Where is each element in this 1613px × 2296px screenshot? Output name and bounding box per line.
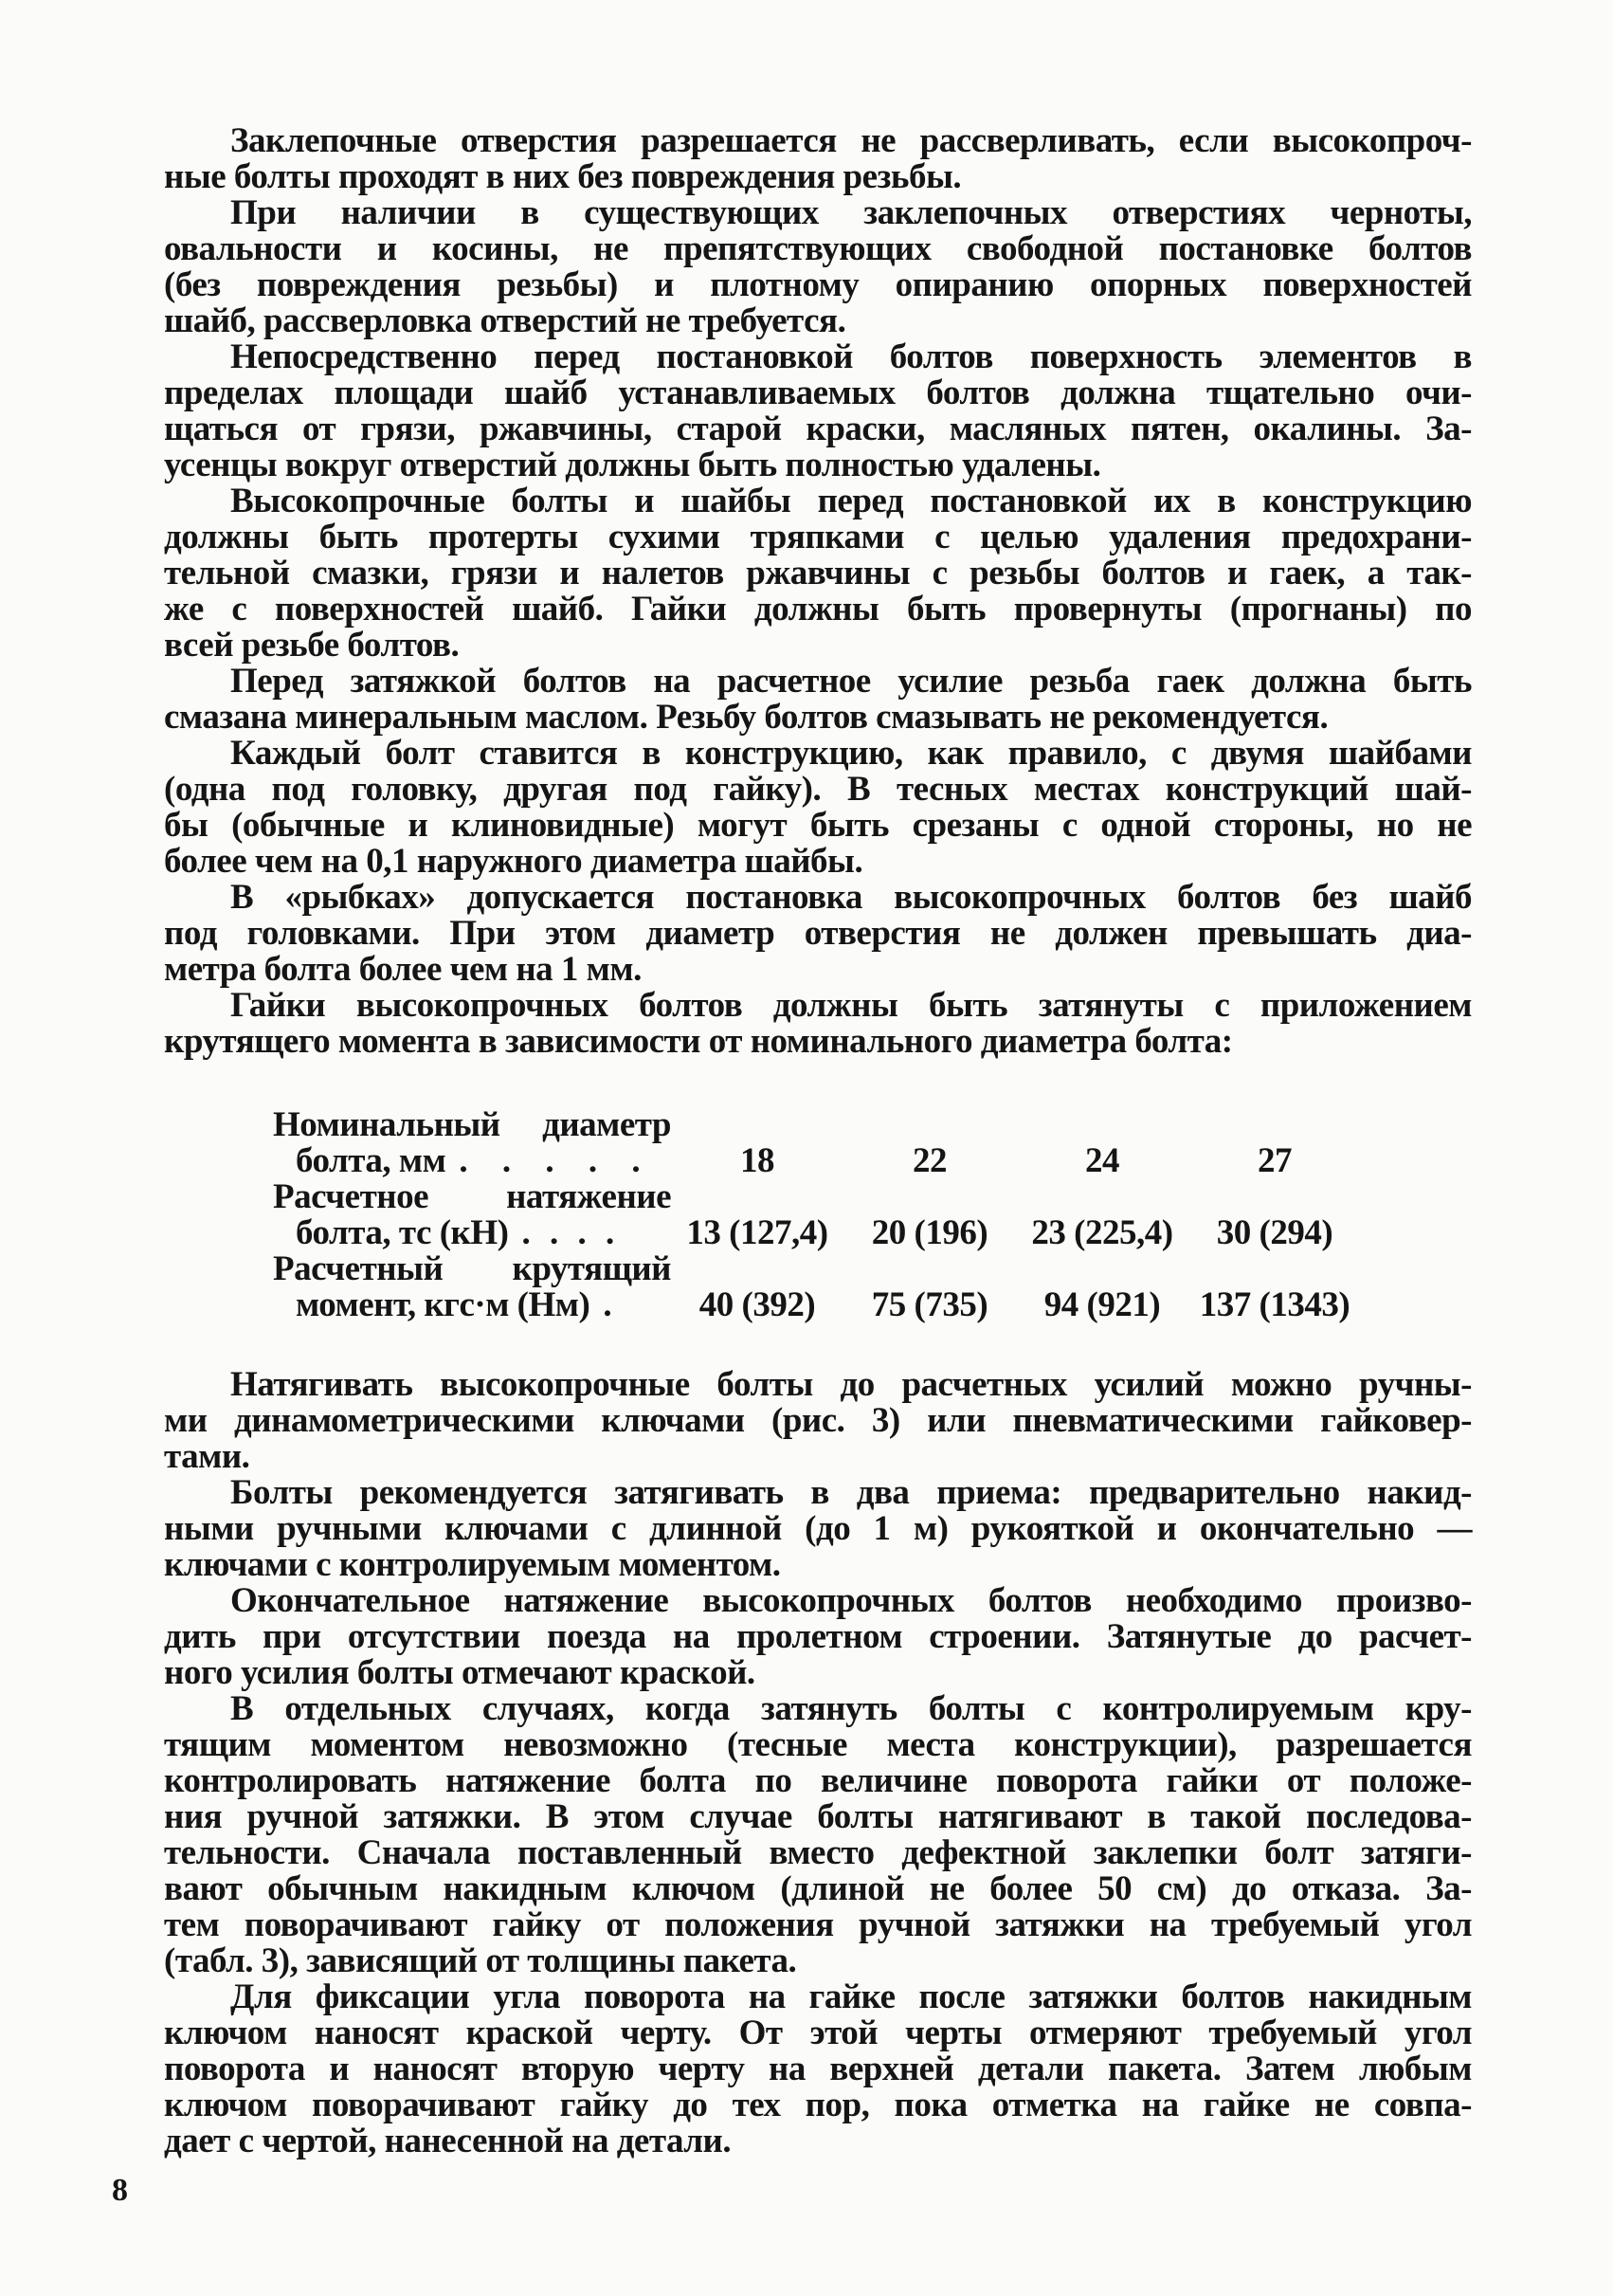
row-line2: момент, кгс·м (Нм) . 40 (392) 75 (735) 9… — [273, 1287, 1363, 1323]
text-line: всей резьбе болтов. — [164, 628, 1472, 664]
text-line: тельной смазки, грязи и налетов ржавчины… — [164, 556, 1472, 592]
text-line: ключом наносят краской черту. От этой че… — [164, 2015, 1472, 2051]
row-label-line2: момент, кгс·м (Нм) . — [273, 1287, 671, 1323]
text-line: ного усилия болты отмечают краской. — [164, 1655, 1472, 1691]
dot-leader: . . . . . . — [445, 1143, 671, 1179]
text-line: поворота и наносят вторую черту на верхн… — [164, 2051, 1472, 2087]
row-label-line2: болта, мм . . . . . . — [273, 1143, 671, 1179]
text-line: Гайки высокопрочных болтов должны быть з… — [164, 988, 1472, 1024]
paragraph: Болты рекомендуется затягивать в два при… — [164, 1475, 1472, 1583]
paragraphs-before-table: Заклепочные отверстия разрешается не рас… — [164, 123, 1472, 1060]
row-label-text: момент, кгс·м (Нм) — [296, 1287, 589, 1323]
text-line: При наличии в существующих заклепочных о… — [164, 195, 1472, 231]
text-line: Для фиксации угла поворота на гайке посл… — [164, 1979, 1472, 2015]
text-line: ключами с контролируемым моментом. — [164, 1547, 1472, 1583]
dot-leader: . . . . — [508, 1215, 671, 1251]
text-line: (одна под головку, другая под гайку). В … — [164, 772, 1472, 808]
value-cell: 137 (1343) — [1188, 1287, 1361, 1323]
text-line: тем поворачивают гайку от положения ручн… — [164, 1907, 1472, 1943]
row-line2: болта, тс (кН) . . . . 13 (127,4) 20 (19… — [273, 1215, 1363, 1251]
text-line: овальности и косины, не препятствующих с… — [164, 231, 1472, 267]
text-line: щаться от грязи, ржавчины, старой краски… — [164, 411, 1472, 447]
value-cell: 13 (127,4) — [671, 1215, 843, 1251]
text-line: должны быть протерты сухими тряпками с ц… — [164, 519, 1472, 556]
row-line2: болта, мм . . . . . . 18 22 24 27 — [273, 1143, 1363, 1179]
table-row: Расчетное натяжение болта, тс (кН) . . .… — [273, 1179, 1363, 1251]
text-line: Перед затяжкой болтов на расчетное усили… — [164, 664, 1472, 700]
text-line: более чем на 0,1 наружного диаметра шайб… — [164, 844, 1472, 880]
text-line: метра болта более чем на 1 мм. — [164, 952, 1472, 988]
page-number: 8 — [112, 2173, 128, 2209]
text-line: Болты рекомендуется затягивать в два при… — [164, 1475, 1472, 1511]
paragraph: Перед затяжкой болтов на расчетное усили… — [164, 664, 1472, 736]
text-line: вают обычным накидным ключом (длиной не … — [164, 1871, 1472, 1907]
text-line: ния ручной затяжки. В этом случае болты … — [164, 1799, 1472, 1835]
text-line: дает с чертой, нанесенной на детали. — [164, 2123, 1472, 2159]
text-line: тами. — [164, 1439, 1472, 1475]
paragraph: При наличии в существующих заклепочных о… — [164, 195, 1472, 339]
text-line: под головками. При этом диаметр отверсти… — [164, 916, 1472, 952]
text-line: смазана минеральным маслом. Резьбу болто… — [164, 700, 1472, 736]
text-line: (табл. 3), зависящий от толщины пакета. — [164, 1943, 1472, 1979]
text-line: Заклепочные отверстия разрешается не рас… — [164, 123, 1472, 159]
text-line: крутящего момента в зависимости от номин… — [164, 1024, 1472, 1060]
row-label-line1: Расчетный крутящий — [273, 1251, 671, 1287]
document-page: Заклепочные отверстия разрешается не рас… — [0, 0, 1613, 2296]
paragraph: В «рыбках» допускается постановка высоко… — [164, 880, 1472, 988]
text-line: В отдельных случаях, когда затянуть болт… — [164, 1691, 1472, 1727]
row-label-line2: болта, тс (кН) . . . . — [273, 1215, 671, 1251]
table-row: Расчетный крутящий момент, кгс·м (Нм) . … — [273, 1251, 1363, 1323]
value-cell: 18 — [671, 1143, 843, 1179]
paragraph: Натягивать высокопрочные болты до расчет… — [164, 1367, 1472, 1475]
row-label-text: болта, тс (кН) — [296, 1215, 508, 1251]
text-line: тельности. Сначала поставленный вместо д… — [164, 1835, 1472, 1871]
paragraph: Непосредственно перед постановкой болтов… — [164, 339, 1472, 483]
text-line: усенцы вокруг отверстий должны быть полн… — [164, 447, 1472, 483]
value-cell: 94 (921) — [1016, 1287, 1188, 1323]
value-cell: 30 (294) — [1188, 1215, 1361, 1251]
text-line: ми динамометрическими ключами (рис. 3) и… — [164, 1403, 1472, 1439]
text-line: Натягивать высокопрочные болты до расчет… — [164, 1367, 1472, 1403]
value-cell: 40 (392) — [671, 1287, 843, 1323]
value-cell: 20 (196) — [843, 1215, 1016, 1251]
text-line: Высокопрочные болты и шайбы перед постан… — [164, 483, 1472, 519]
body-text: Заклепочные отверстия разрешается не рас… — [164, 123, 1472, 2159]
dot-leader: . — [589, 1287, 671, 1323]
text-line: (без повреждения резьбы) и плотному опир… — [164, 267, 1472, 303]
paragraph: Гайки высокопрочных болтов должны быть з… — [164, 988, 1472, 1060]
text-line: контролировать натяжение болта по величи… — [164, 1763, 1472, 1799]
paragraph: Для фиксации угла поворота на гайке посл… — [164, 1979, 1472, 2159]
value-cell: 24 — [1016, 1143, 1188, 1179]
text-line: ными ручными ключами с длинной (до 1 м) … — [164, 1511, 1472, 1547]
value-cell: 75 (735) — [843, 1287, 1016, 1323]
text-line: же с поверхностей шайб. Гайки должны быт… — [164, 592, 1472, 628]
bolt-torque-table: Номинальный диаметр болта, мм . . . . . … — [273, 1107, 1363, 1323]
text-line: дить при отсутствии поезда на пролетном … — [164, 1619, 1472, 1655]
text-line: Каждый болт ставится в конструкцию, как … — [164, 736, 1472, 772]
paragraph: Заклепочные отверстия разрешается не рас… — [164, 123, 1472, 195]
row-label-text: болта, мм — [296, 1143, 445, 1179]
paragraph: Каждый болт ставится в конструкцию, как … — [164, 736, 1472, 880]
paragraph: Высокопрочные болты и шайбы перед постан… — [164, 483, 1472, 664]
row-label-line1: Номинальный диаметр — [273, 1107, 671, 1143]
value-cell: 27 — [1188, 1143, 1361, 1179]
table-row: Номинальный диаметр болта, мм . . . . . … — [273, 1107, 1363, 1179]
row-label-line1: Расчетное натяжение — [273, 1179, 671, 1215]
text-line: Непосредственно перед постановкой болтов… — [164, 339, 1472, 375]
text-line: тящим моментом невозможно (тесные места … — [164, 1727, 1472, 1763]
value-cell: 23 (225,4) — [1016, 1215, 1188, 1251]
value-cell: 22 — [843, 1143, 1016, 1179]
text-line: ные болты проходят в них без повреждения… — [164, 159, 1472, 195]
paragraph: В отдельных случаях, когда затянуть болт… — [164, 1691, 1472, 1979]
text-line: пределах площади шайб устанавливаемых бо… — [164, 375, 1472, 411]
paragraphs-after-table: Натягивать высокопрочные болты до расчет… — [164, 1367, 1472, 2159]
text-line: ключом поворачивают гайку до тех пор, по… — [164, 2087, 1472, 2123]
text-line: Окончательное натяжение высокопрочных бо… — [164, 1583, 1472, 1619]
paragraph: Окончательное натяжение высокопрочных бо… — [164, 1583, 1472, 1691]
text-line: В «рыбках» допускается постановка высоко… — [164, 880, 1472, 916]
text-line: бы (обычные и клиновидные) могут быть ср… — [164, 808, 1472, 844]
text-line: шайб, рассверловка отверстий не требуетс… — [164, 303, 1472, 339]
